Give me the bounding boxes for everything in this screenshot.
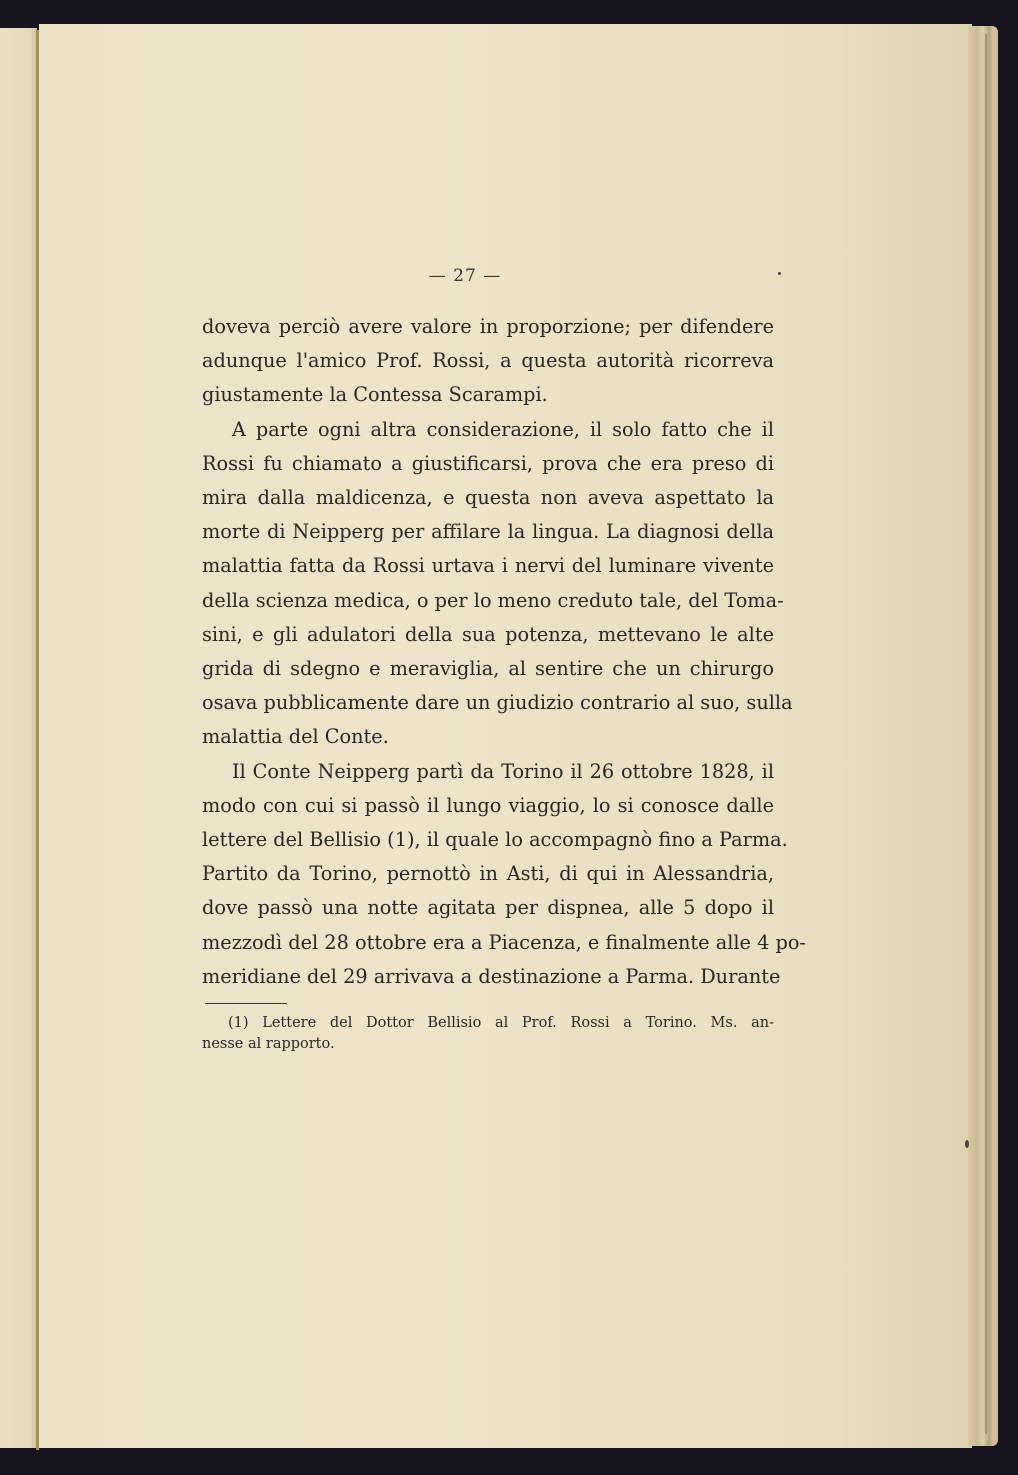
book-scan: — 27 — doveva perciò avere valore in pro…: [0, 0, 1018, 1475]
footnote-line: (1) Lettere del Dottor Bellisio al Prof.…: [202, 1013, 774, 1034]
text-line: osava pubblicamente dare un giudizio con…: [202, 686, 774, 720]
text-line: malattia fatta da Rossi urtava i nervi d…: [202, 549, 774, 583]
text-line: modo con cui si passò il lungo viaggio, …: [202, 789, 774, 823]
text-line: adunque l'amico Prof. Rossi, a questa au…: [202, 344, 774, 378]
text-line: malattia del Conte.: [202, 720, 774, 754]
text-line: grida di sdegno e meraviglia, al sentire…: [202, 652, 774, 686]
text-line: morte di Neipperg per affilare la lingua…: [202, 515, 774, 549]
body-text: doveva perciò avere valore in proporzion…: [202, 310, 774, 994]
text-line: lettere del Bellisio (1), il quale lo ac…: [202, 823, 774, 857]
text-line: della scienza medica, o per lo meno cred…: [202, 584, 774, 618]
text-line: mezzodì del 28 ottobre era a Piacenza, e…: [202, 926, 774, 960]
footnote-line: nesse al rapporto.: [202, 1034, 774, 1055]
fore-edge-shadow: [985, 34, 987, 1434]
text-line: doveva perciò avere valore in proporzion…: [202, 310, 774, 344]
text-line: mira dalla maldicenza, e questa non avev…: [202, 481, 774, 515]
text-line: sini, e gli adulatori della sua potenza,…: [202, 618, 774, 652]
text-line: A parte ogni altra considerazione, il so…: [202, 413, 774, 447]
footnote: (1) Lettere del Dottor Bellisio al Prof.…: [202, 1013, 774, 1055]
text-line: dove passò una notte agitata per dispnea…: [202, 891, 774, 925]
running-head-page-number: — 27 —: [0, 266, 930, 286]
text-line: giustamente la Contessa Scarampi.: [202, 378, 774, 412]
text-line: Il Conte Neipperg partì da Torino il 26 …: [202, 755, 774, 789]
left-page-edge: [0, 28, 37, 1448]
paper-speck: [965, 1140, 969, 1148]
text-line: Rossi fu chiamato a giustificarsi, prova…: [202, 447, 774, 481]
paper-speck: [778, 272, 781, 275]
text-line: Partito da Torino, pernottò in Asti, di …: [202, 857, 774, 891]
page-fore-edge: [968, 26, 998, 1446]
text-line: meridiane del 29 arrivava a destinazione…: [202, 960, 774, 994]
footnote-rule: [205, 1003, 287, 1004]
